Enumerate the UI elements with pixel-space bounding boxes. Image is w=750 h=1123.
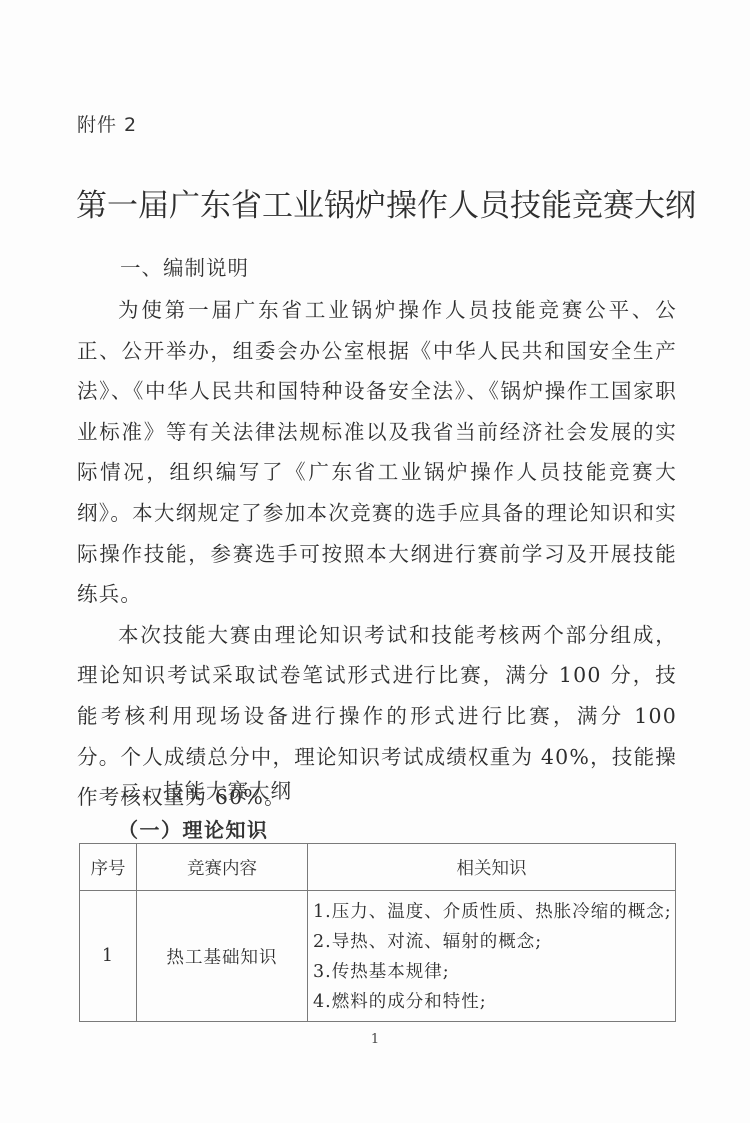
knowledge-item: 3.传热基本规律;	[313, 957, 675, 987]
section-heading-syllabus: 二、技能大赛大纲	[120, 774, 292, 804]
page-number: 1	[0, 1032, 750, 1047]
document-title: 第一届广东省工业锅炉操作人员技能竞赛大纲	[76, 180, 696, 225]
knowledge-item: 2.导热、对流、辐射的概念;	[313, 927, 675, 957]
table-row: 1 热工基础知识 1.压力、温度、介质性质、热胀冷缩的概念; 2.导热、对流、辐…	[80, 891, 676, 1022]
table-header-row: 序号 竞赛内容 相关知识	[80, 844, 676, 891]
cell-content: 热工基础知识	[137, 891, 308, 1022]
section-heading-compilation-notes: 一、编制说明	[120, 251, 249, 281]
knowledge-item: 1.压力、温度、介质性质、热胀冷缩的概念;	[313, 897, 675, 927]
header-no: 序号	[80, 844, 137, 891]
header-content: 竞赛内容	[137, 844, 308, 891]
cell-no: 1	[80, 891, 137, 1022]
section-body-compilation-notes: 为使第一届广东省工业锅炉操作人员技能竞赛公平、公正、公开举办，组委会办公室根据《…	[77, 290, 677, 818]
header-knowledge: 相关知识	[308, 844, 676, 891]
cell-knowledge: 1.压力、温度、介质性质、热胀冷缩的概念; 2.导热、对流、辐射的概念; 3.传…	[308, 891, 676, 1022]
subsection-heading-theory: （一）理论知识	[118, 814, 269, 843]
paragraph-purpose: 为使第一届广东省工业锅炉操作人员技能竞赛公平、公正、公开举办，组委会办公室根据《…	[77, 290, 677, 615]
theory-knowledge-table: 序号 竞赛内容 相关知识 1 热工基础知识 1.压力、温度、介质性质、热胀冷缩的…	[79, 843, 676, 1022]
knowledge-item: 4.燃料的成分和特性;	[313, 987, 675, 1017]
attachment-label: 附件 2	[77, 110, 137, 137]
document-page: 附件 2 第一届广东省工业锅炉操作人员技能竞赛大纲 一、编制说明 为使第一届广东…	[0, 0, 750, 1123]
